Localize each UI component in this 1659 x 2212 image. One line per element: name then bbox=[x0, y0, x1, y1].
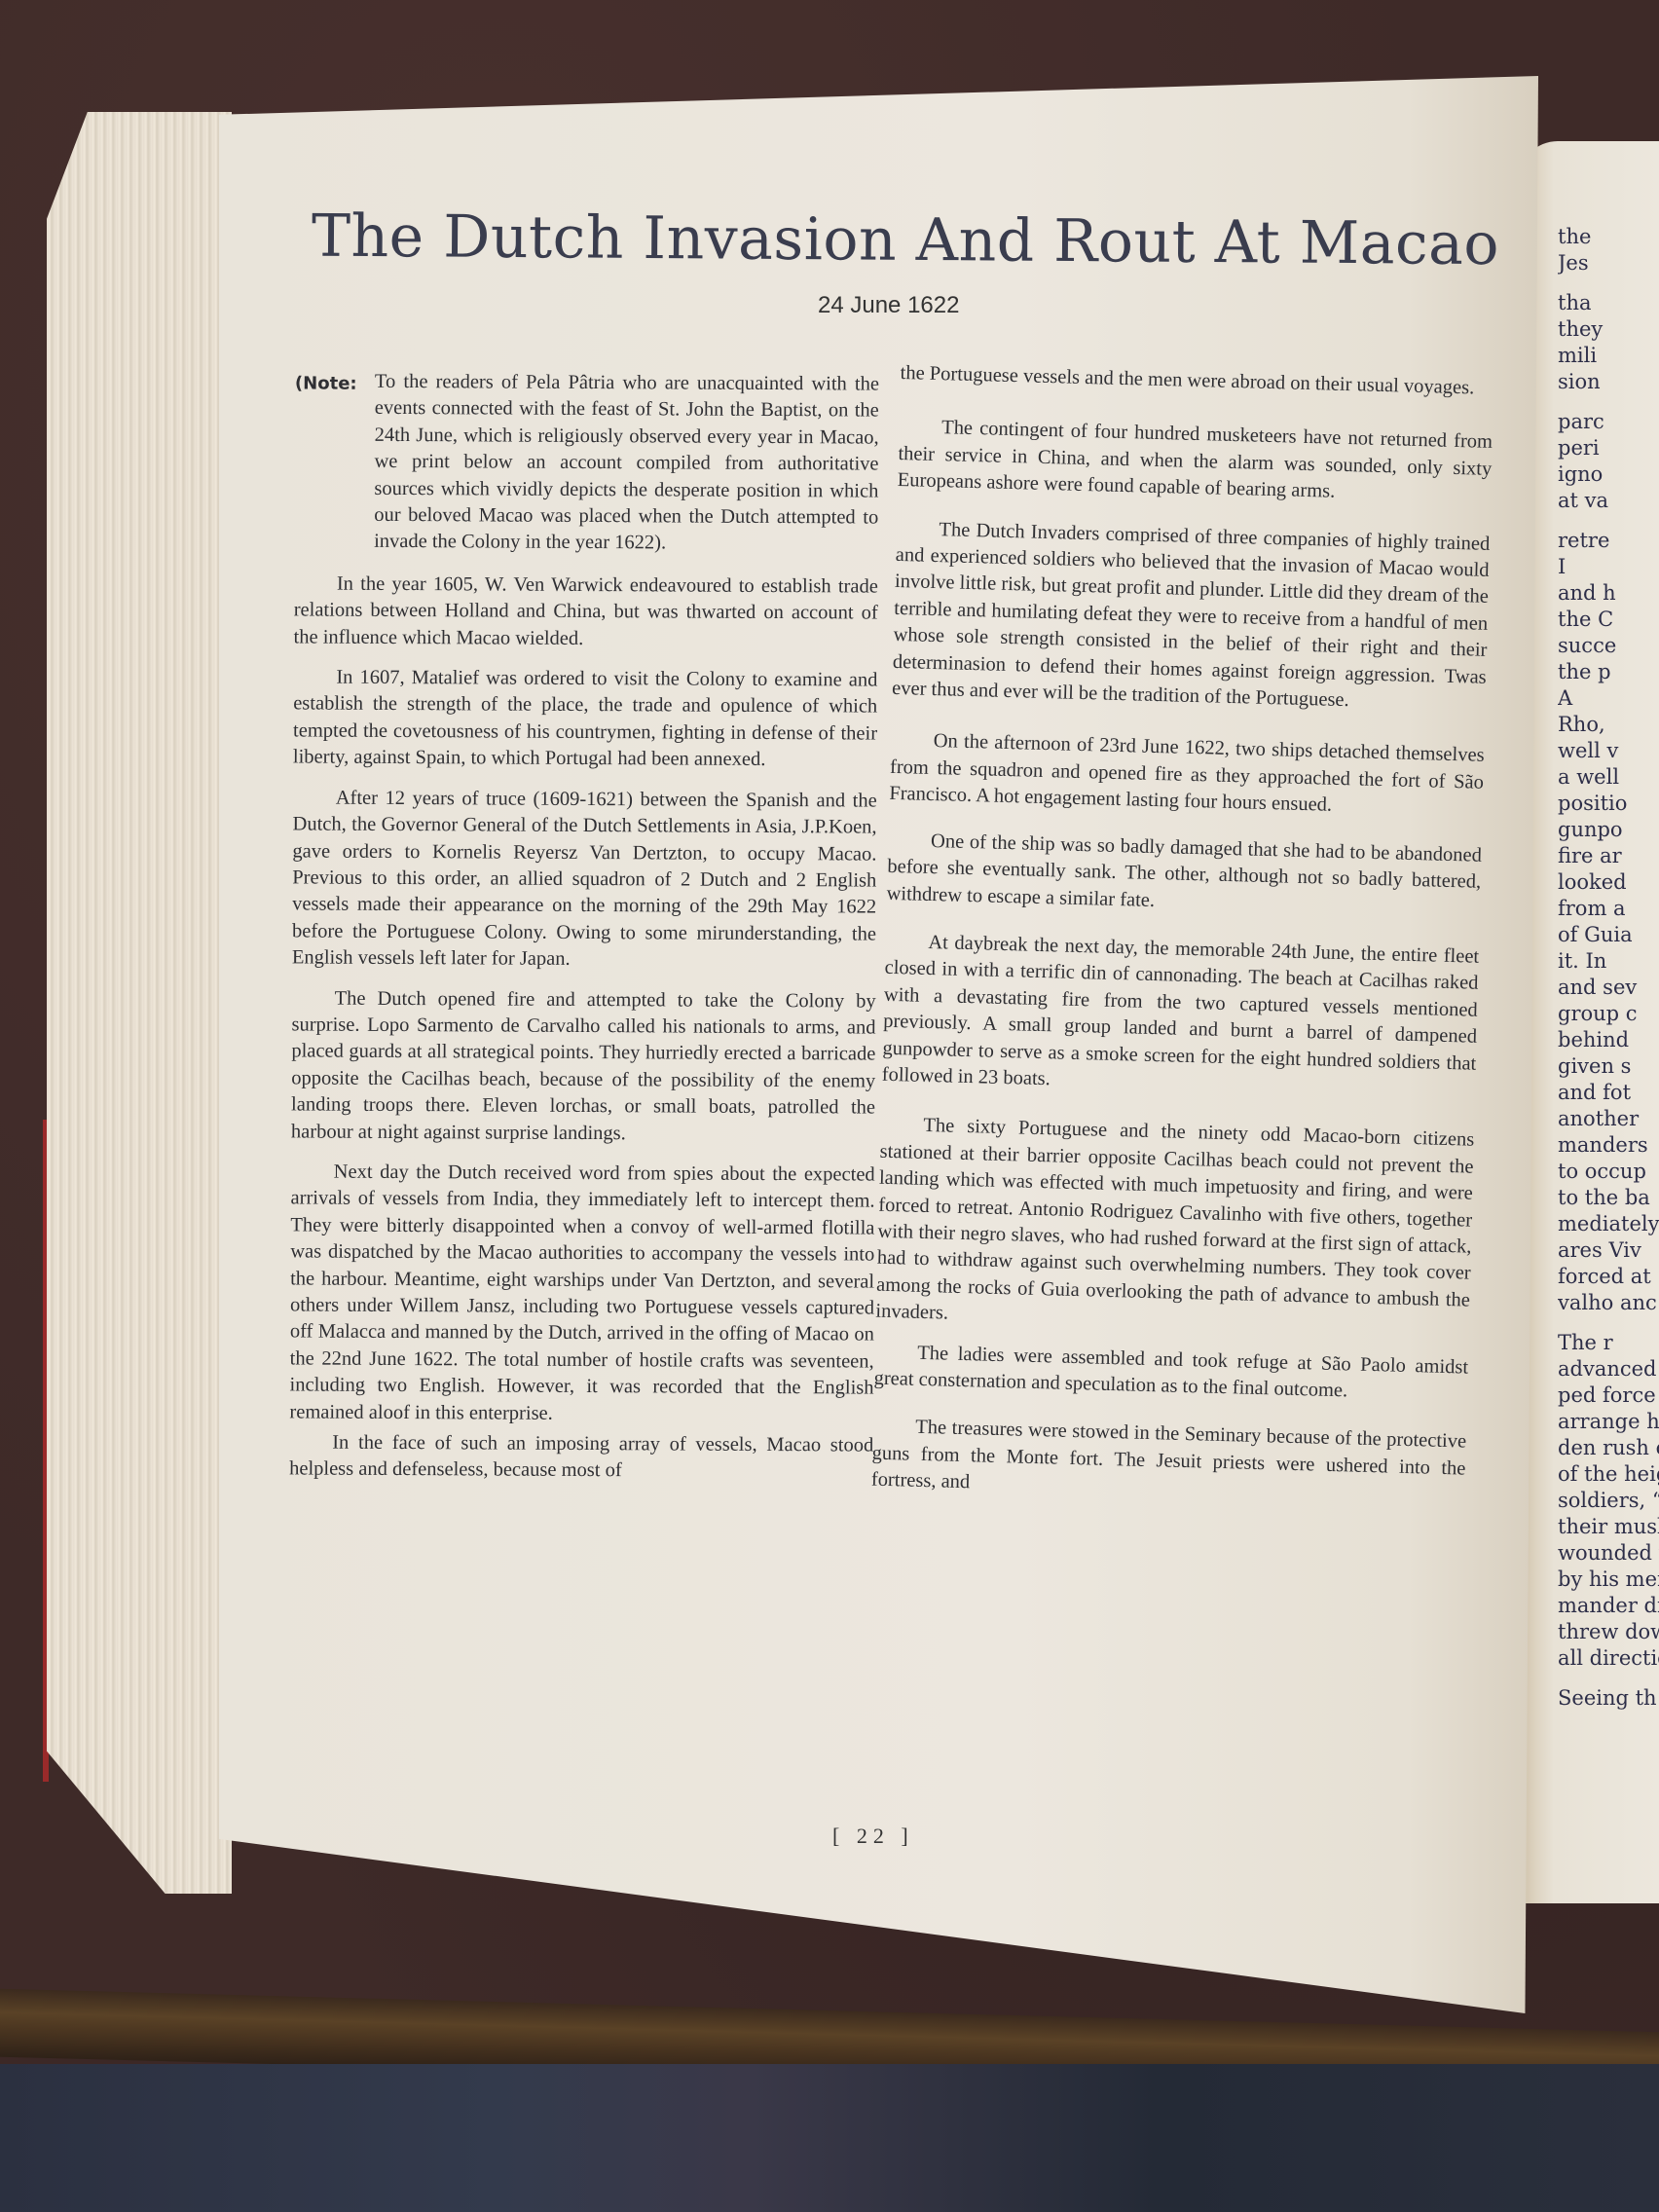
next-page-gap bbox=[1558, 395, 1659, 409]
next-page-line: The r bbox=[1558, 1330, 1659, 1356]
next-page-line: gunpo bbox=[1558, 817, 1659, 843]
paragraph: The Dutch opened fire and attempted to t… bbox=[291, 985, 876, 1149]
next-page-line: A bbox=[1558, 685, 1659, 712]
paragraph: In the face of such an imposing array of… bbox=[289, 1429, 873, 1486]
next-page-line: all directions bbox=[1558, 1645, 1659, 1672]
next-page-line: looked bbox=[1558, 869, 1659, 896]
paragraph: The Dutch Invaders comprised of three co… bbox=[892, 516, 1491, 719]
next-page-line: soldiers, “ bbox=[1558, 1488, 1659, 1514]
next-page-line: group c bbox=[1558, 1001, 1659, 1027]
next-page-gap bbox=[1558, 1672, 1659, 1685]
next-page-line: to occup bbox=[1558, 1159, 1659, 1185]
next-page-line: den rush c bbox=[1558, 1435, 1659, 1461]
next-page-line: igno bbox=[1558, 461, 1659, 488]
next-page-line: they bbox=[1558, 316, 1659, 343]
next-page-gap bbox=[1558, 276, 1659, 290]
next-page-line: of the heig bbox=[1558, 1461, 1659, 1488]
paragraph: In 1607, Matalief was ordered to visit t… bbox=[293, 664, 878, 774]
next-page-line: retre bbox=[1558, 528, 1659, 554]
next-page-line: at va bbox=[1558, 488, 1659, 514]
next-page-line: mediately bbox=[1558, 1211, 1659, 1237]
right-column: the Portuguese vessels and the men were … bbox=[870, 360, 1494, 1523]
next-page-line: threw down bbox=[1558, 1619, 1659, 1645]
paragraph: At daybreak the next day, the memorable … bbox=[881, 929, 1479, 1104]
next-page-line: the C bbox=[1558, 607, 1659, 633]
next-page-line: their musk bbox=[1558, 1514, 1659, 1540]
next-page-line: and fot bbox=[1558, 1080, 1659, 1106]
next-page-line: to the ba bbox=[1558, 1185, 1659, 1211]
paragraph: The sixty Portuguese and the ninety odd … bbox=[875, 1112, 1475, 1341]
next-page-line: a well bbox=[1558, 764, 1659, 791]
article-date: 24 June 1622 bbox=[818, 292, 959, 319]
next-page-line: Rho, bbox=[1558, 712, 1659, 738]
next-page-line: fire ar bbox=[1558, 843, 1659, 869]
paragraph: Next day the Dutch received word from sp… bbox=[289, 1159, 874, 1428]
next-page-line: the bbox=[1558, 224, 1659, 250]
page-number: [ 22 ] bbox=[832, 1824, 914, 1849]
paragraph: The contingent of four hundred musketeer… bbox=[897, 414, 1493, 509]
next-page-line: ares Viv bbox=[1558, 1237, 1659, 1264]
next-page-line: arrange hi bbox=[1558, 1409, 1659, 1435]
next-page-line: behind bbox=[1558, 1027, 1659, 1053]
next-page-line: manders bbox=[1558, 1132, 1659, 1159]
paragraph: In the year 1605, W. Ven Warwick endeavo… bbox=[294, 571, 878, 653]
next-page-line: advanced bbox=[1558, 1356, 1659, 1382]
next-page-line: positio bbox=[1558, 791, 1659, 817]
paragraph: One of the ship was so badly damaged tha… bbox=[886, 828, 1482, 923]
article-title: The Dutch Invasion And Rout At Macao bbox=[312, 203, 1548, 279]
next-page-line: valho anc bbox=[1558, 1290, 1659, 1316]
next-page-line: ped force bbox=[1558, 1382, 1659, 1409]
next-page-gap bbox=[1558, 514, 1659, 528]
next-page-text-fragments: theJesthatheymilisionparcperiignoat vare… bbox=[1558, 224, 1659, 1712]
next-page-line: given s bbox=[1558, 1053, 1659, 1080]
paragraph: After 12 years of truce (1609-1621) betw… bbox=[292, 785, 877, 975]
next-page-line: it. In bbox=[1558, 948, 1659, 975]
next-page-line: parc bbox=[1558, 409, 1659, 435]
next-page-line: wounded w bbox=[1558, 1540, 1659, 1567]
next-page-line: Seeing th bbox=[1558, 1685, 1659, 1712]
next-page-line: and h bbox=[1558, 580, 1659, 607]
paragraph: The treasures were stowed in the Seminar… bbox=[871, 1414, 1467, 1509]
next-page-gap bbox=[1558, 1316, 1659, 1330]
next-page-line: I bbox=[1558, 554, 1659, 580]
next-page-line: succe bbox=[1558, 633, 1659, 659]
left-column: (Note: To the readers of Pela Pâtria who… bbox=[289, 368, 879, 1499]
editor-note: (Note: To the readers of Pela Pâtria who… bbox=[294, 368, 879, 558]
note-label: (Note: bbox=[294, 368, 375, 555]
floor-background bbox=[0, 2064, 1659, 2212]
next-page-line: from a bbox=[1558, 896, 1659, 922]
next-page-line: the p bbox=[1558, 659, 1659, 685]
next-page-line: tha bbox=[1558, 290, 1659, 316]
next-page-line: another bbox=[1558, 1106, 1659, 1132]
next-page-line: mander drop bbox=[1558, 1593, 1659, 1619]
next-page-line: peri bbox=[1558, 435, 1659, 461]
next-page-line: forced at bbox=[1558, 1264, 1659, 1290]
paragraph: On the afternoon of 23rd June 1622, two … bbox=[889, 727, 1485, 823]
note-text: To the readers of Pela Pâtria who are un… bbox=[374, 369, 879, 559]
next-page-line: sion bbox=[1558, 369, 1659, 395]
next-page-line: by his men bbox=[1558, 1567, 1659, 1593]
next-page-line: of Guia bbox=[1558, 922, 1659, 948]
page-stack-edges bbox=[47, 112, 232, 1894]
next-page-line: and sev bbox=[1558, 975, 1659, 1001]
next-page-line: Jes bbox=[1558, 250, 1659, 276]
next-page-line: mili bbox=[1558, 343, 1659, 369]
next-page-line: well v bbox=[1558, 738, 1659, 764]
paragraph: The ladies were assembled and took refug… bbox=[873, 1339, 1468, 1408]
